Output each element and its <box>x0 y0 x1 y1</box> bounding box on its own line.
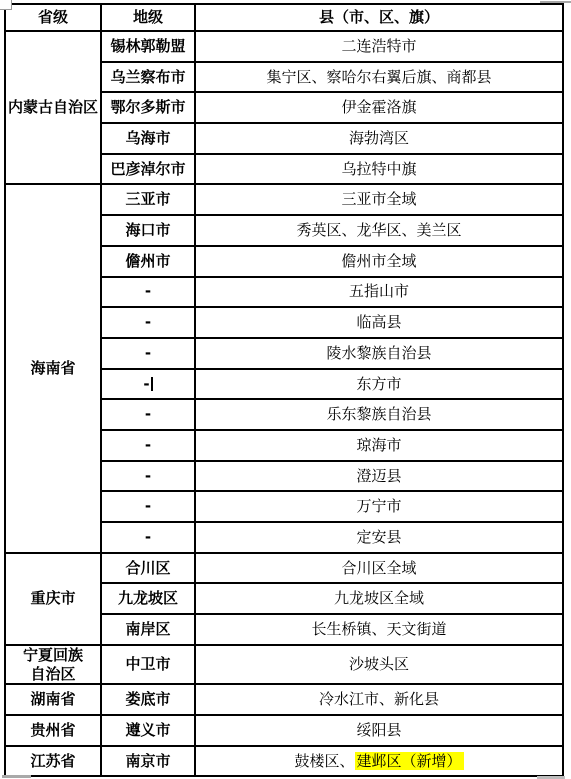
table-body: 内蒙古自治区锡林郭勒盟二连浩特市乌兰察布市集宁区、察哈尔右翼后旗、商都县鄂尔多斯… <box>5 31 563 776</box>
prefecture-label: 儋州市 <box>125 252 170 270</box>
county-label: 万宁市 <box>356 497 401 515</box>
province-cell[interactable]: 重庆市 <box>5 553 101 645</box>
table-row: 重庆市合川区合川区全域 <box>5 553 563 584</box>
county-cell[interactable]: 三亚市全域 <box>195 184 563 215</box>
prefecture-cell[interactable]: 乌兰察布市 <box>101 62 195 93</box>
county-cell[interactable]: 伊金霍洛旗 <box>195 92 563 123</box>
county-cell[interactable]: 琼海市 <box>195 430 563 461</box>
prefecture-label: 南岸区 <box>125 620 170 638</box>
prefecture-cell[interactable]: - <box>101 277 195 308</box>
prefecture-label: 乌兰察布市 <box>110 68 185 86</box>
county-label: 乌拉特中旗 <box>341 160 416 178</box>
county-label: 东方市 <box>356 375 401 393</box>
prefecture-cell[interactable]: - <box>101 522 195 553</box>
county-label: 海勃湾区 <box>349 129 409 147</box>
county-cell[interactable]: 合川区全域 <box>195 553 563 584</box>
prefecture-label: 娄底市 <box>125 690 170 708</box>
scrollbar-fragment-bottom-left[interactable] <box>2 775 31 778</box>
prefecture-cell[interactable]: 巴彦淖尔市 <box>101 154 195 185</box>
county-label: 乐东黎族自治县 <box>326 405 431 423</box>
county-cell[interactable]: 陵水黎族自治县 <box>195 338 563 369</box>
prefecture-cell[interactable]: 合川区 <box>101 553 195 584</box>
county-cell[interactable]: 澄迈县 <box>195 461 563 492</box>
county-cell[interactable]: 沙坡头区 <box>195 645 563 685</box>
county-label: 九龙坡区全域 <box>334 589 424 607</box>
county-label: 澄迈县 <box>356 467 401 485</box>
region-table: 省级地级县（市、区、旗） 内蒙古自治区锡林郭勒盟二连浩特市乌兰察布市集宁区、察哈… <box>4 3 564 777</box>
prefecture-cell[interactable]: 乌海市 <box>101 123 195 154</box>
county-cell[interactable]: 临高县 <box>195 307 563 338</box>
county-label: 三亚市全域 <box>341 190 416 208</box>
table-row: 贵州省遵义市绥阳县 <box>5 715 563 746</box>
province-cell[interactable]: 江苏省 <box>5 746 101 777</box>
prefecture-label: - <box>145 467 151 485</box>
county-label: 琼海市 <box>356 436 401 454</box>
header-cell-2[interactable]: 县（市、区、旗） <box>195 4 563 31</box>
header-row: 省级地级县（市、区、旗） <box>5 4 563 31</box>
prefecture-cell[interactable]: - <box>101 491 195 522</box>
county-cell[interactable]: 乌拉特中旗 <box>195 154 563 185</box>
county-cell[interactable]: 定安县 <box>195 522 563 553</box>
table-row: 江苏省南京市鼓楼区、建邺区（新增） <box>5 746 563 777</box>
county-label: 沙坡头区 <box>349 655 409 673</box>
county-label: 长生桥镇、天文街道 <box>311 620 446 638</box>
prefecture-label: 合川区 <box>125 559 170 577</box>
county-label: 五指山市 <box>349 282 409 300</box>
province-cell[interactable]: 海南省 <box>5 184 101 552</box>
prefecture-cell[interactable]: 锡林郭勒盟 <box>101 31 195 62</box>
prefecture-cell[interactable]: - <box>101 430 195 461</box>
prefecture-cell[interactable]: 儋州市 <box>101 246 195 277</box>
county-cell[interactable]: 冷水江市、新化县 <box>195 684 563 715</box>
prefecture-label: 九龙坡区 <box>118 589 178 607</box>
county-cell[interactable]: 万宁市 <box>195 491 563 522</box>
province-cell[interactable]: 宁夏回族 自治区 <box>5 645 101 685</box>
prefecture-label: 三亚市 <box>125 190 170 208</box>
county-label: 伊金霍洛旗 <box>341 98 416 116</box>
prefecture-label: - <box>145 436 151 454</box>
county-label: 儋州市全域 <box>341 252 416 270</box>
prefecture-cell[interactable]: - <box>101 307 195 338</box>
prefecture-cell[interactable]: - <box>101 338 195 369</box>
county-cell[interactable]: 海勃湾区 <box>195 123 563 154</box>
prefecture-label: - <box>145 405 151 423</box>
prefecture-cell[interactable]: 海口市 <box>101 215 195 246</box>
prefecture-label: 中卫市 <box>125 655 170 673</box>
county-cell[interactable]: 长生桥镇、天文街道 <box>195 614 563 645</box>
county-cell[interactable]: 二连浩特市 <box>195 31 563 62</box>
table-row: 内蒙古自治区锡林郭勒盟二连浩特市 <box>5 31 563 62</box>
prefecture-cell[interactable]: 南岸区 <box>101 614 195 645</box>
table-row: 宁夏回族 自治区中卫市沙坡头区 <box>5 645 563 685</box>
prefecture-cell[interactable]: - <box>101 369 195 400</box>
prefecture-label: - <box>145 313 151 331</box>
prefecture-label: 南京市 <box>125 752 170 770</box>
prefecture-label: - <box>145 528 151 546</box>
county-cell[interactable]: 东方市 <box>195 369 563 400</box>
prefecture-label: - <box>143 375 149 393</box>
province-cell[interactable]: 贵州省 <box>5 715 101 746</box>
province-cell[interactable]: 湖南省 <box>5 684 101 715</box>
text-cursor <box>151 377 153 391</box>
table-move-handle[interactable] <box>0 0 12 10</box>
county-label: 陵水黎族自治县 <box>326 344 431 362</box>
scrollbar-fragment-top-right <box>540 1 571 3</box>
county-cell[interactable]: 九龙坡区全域 <box>195 583 563 614</box>
county-label: 临高县 <box>356 313 401 331</box>
province-cell[interactable]: 内蒙古自治区 <box>5 31 101 184</box>
county-label: 合川区全域 <box>341 559 416 577</box>
header-cell-1[interactable]: 地级 <box>101 4 195 31</box>
prefecture-cell[interactable]: 鄂尔多斯市 <box>101 92 195 123</box>
county-cell[interactable]: 五指山市 <box>195 277 563 308</box>
prefecture-label: 锡林郭勒盟 <box>110 37 185 55</box>
prefecture-cell[interactable]: 遵义市 <box>101 715 195 746</box>
table-head: 省级地级县（市、区、旗） <box>5 4 563 31</box>
county-label: 定安县 <box>356 528 401 546</box>
prefecture-cell[interactable]: 九龙坡区 <box>101 583 195 614</box>
county-label: 鼓楼区、 <box>294 752 354 770</box>
header-cell-0[interactable]: 省级 <box>5 4 101 31</box>
county-cell[interactable]: 秀英区、龙华区、美兰区 <box>195 215 563 246</box>
prefecture-label: - <box>145 344 151 362</box>
prefecture-cell[interactable]: 南京市 <box>101 746 195 777</box>
county-cell[interactable]: 鼓楼区、建邺区（新增） <box>195 746 563 777</box>
county-label: 集宁区、察哈尔右翼后旗、商都县 <box>266 68 491 86</box>
county-cell[interactable]: 绥阳县 <box>195 715 563 746</box>
prefecture-cell[interactable]: 三亚市 <box>101 184 195 215</box>
county-label: 绥阳县 <box>356 721 401 739</box>
prefecture-label: - <box>145 497 151 515</box>
prefecture-label: 乌海市 <box>125 129 170 147</box>
prefecture-label: 鄂尔多斯市 <box>110 98 185 116</box>
prefecture-label: 海口市 <box>125 221 170 239</box>
table-row: 湖南省娄底市冷水江市、新化县 <box>5 684 563 715</box>
prefecture-label: 巴彦淖尔市 <box>110 160 185 178</box>
county-cell[interactable]: 集宁区、察哈尔右翼后旗、商都县 <box>195 62 563 93</box>
county-label: 冷水江市、新化县 <box>319 690 439 708</box>
county-label: 秀英区、龙华区、美兰区 <box>296 221 461 239</box>
table-row: 海南省三亚市三亚市全域 <box>5 184 563 215</box>
county-highlighted-new-entry: 建邺区（新增） <box>355 752 464 770</box>
county-cell[interactable]: 乐东黎族自治县 <box>195 399 563 430</box>
prefecture-cell[interactable]: 中卫市 <box>101 645 195 685</box>
prefecture-label: - <box>145 282 151 300</box>
prefecture-cell[interactable]: 娄底市 <box>101 684 195 715</box>
county-label: 二连浩特市 <box>341 37 416 55</box>
prefecture-label: 遵义市 <box>125 721 170 739</box>
county-cell[interactable]: 儋州市全域 <box>195 246 563 277</box>
prefecture-cell[interactable]: - <box>101 461 195 492</box>
prefecture-cell[interactable]: - <box>101 399 195 430</box>
